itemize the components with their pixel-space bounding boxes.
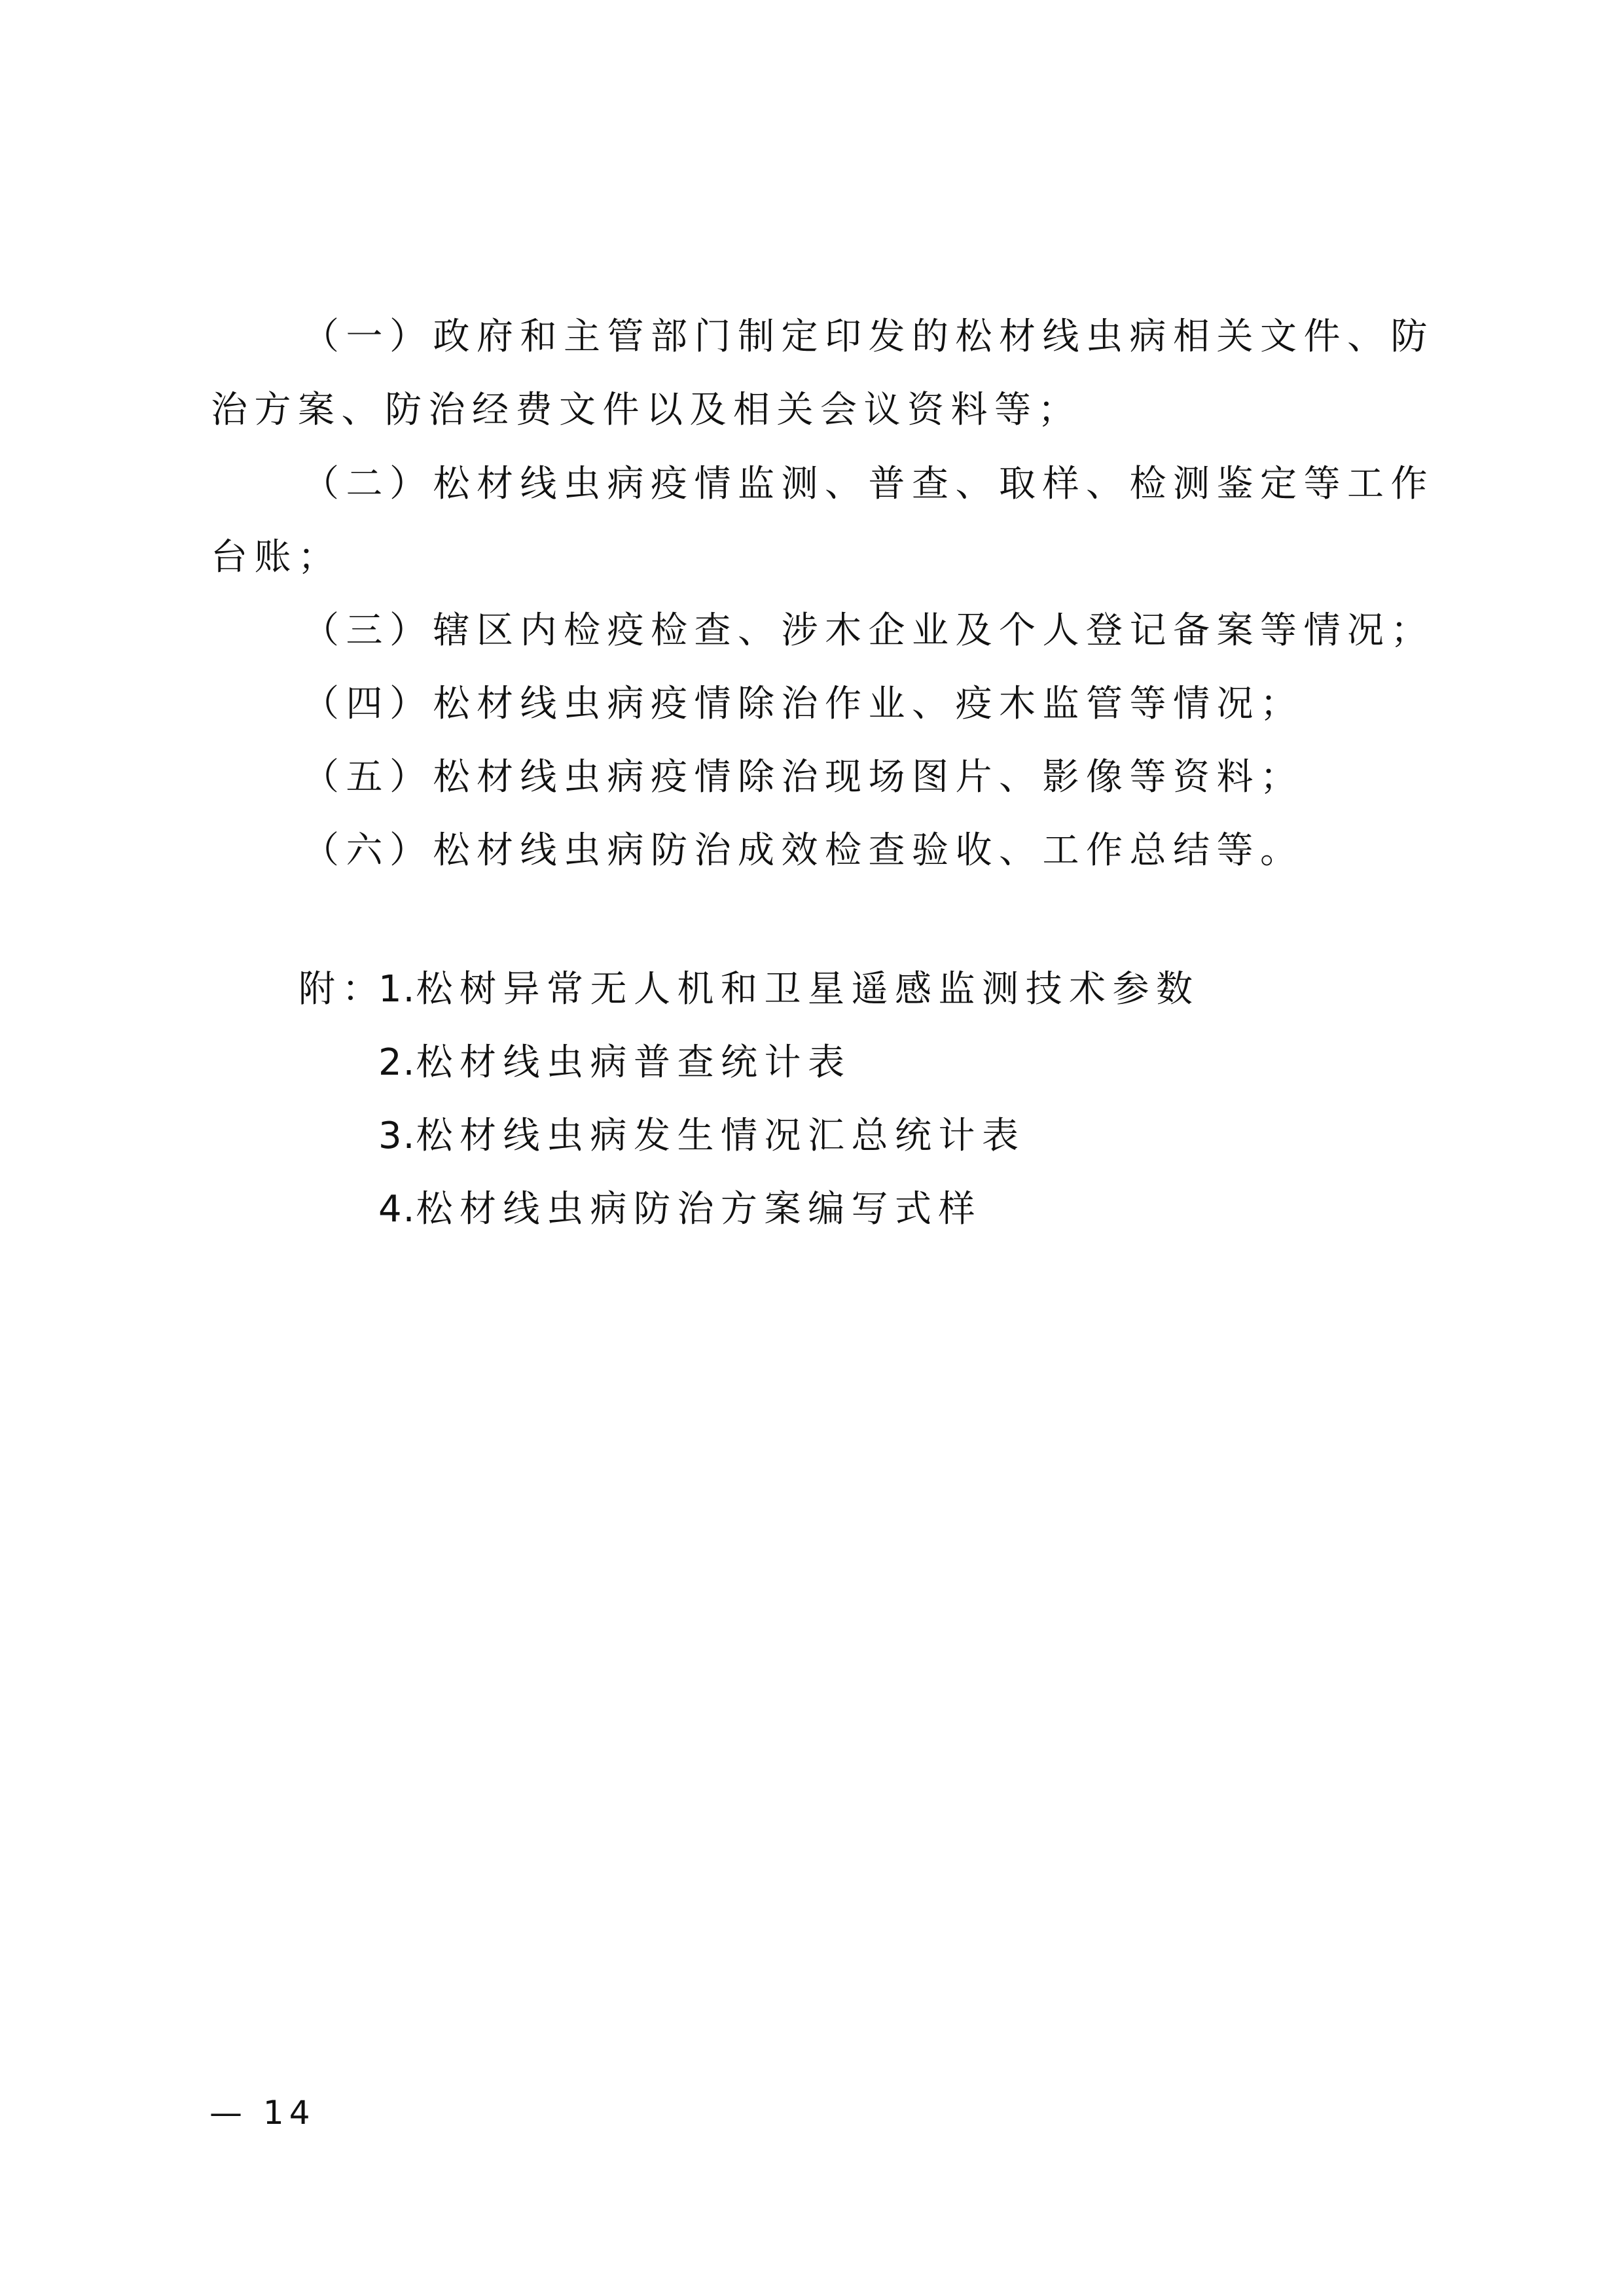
attachment-item-3: 3.松材线虫病发生情况汇总统计表 — [378, 1110, 1025, 1162]
attachment-number: 3. — [378, 1115, 416, 1157]
paragraph-1-line-1: （一）政府和主管部门制定印发的松材线虫病相关文件、防 — [302, 311, 1434, 363]
attachment-item-1: 1.松树异常无人机和卫星遥感监测技术参数 — [378, 963, 1199, 1016]
attachment-title: 松材线虫病普查统计表 — [416, 1041, 851, 1084]
attachment-title: 松材线虫病发生情况汇总统计表 — [416, 1115, 1025, 1157]
attachment-number: 2. — [378, 1041, 416, 1084]
attachment-item-4: 4.松材线虫病防治方案编写式样 — [378, 1183, 982, 1236]
paragraph-3: （三）辖区内检疫检查、涉木企业及个人登记备案等情况； — [302, 605, 1434, 657]
paragraph-2-line-2: 台账； — [211, 531, 342, 584]
attachments-label: 附： — [298, 963, 386, 1016]
paragraph-2-line-1: （二）松材线虫病疫情监测、普查、取样、检测鉴定等工作 — [302, 458, 1434, 511]
attachment-number: 4. — [378, 1188, 416, 1230]
attachment-title: 松树异常无人机和卫星遥感监测技术参数 — [416, 968, 1199, 1011]
paragraph-1-line-2: 治方案、防治经费文件以及相关会议资料等； — [211, 384, 1081, 437]
paragraph-5: （五）松材线虫病疫情除治现场图片、影像等资料； — [302, 751, 1304, 804]
attachment-title: 松材线虫病防治方案编写式样 — [416, 1188, 982, 1230]
paragraph-4: （四）松材线虫病疫情除治作业、疫木监管等情况； — [302, 678, 1304, 730]
paragraph-6: （六）松材线虫病防治成效检查验收、工作总结等。 — [302, 825, 1304, 877]
attachment-number: 1. — [378, 968, 416, 1011]
page-number: — 14 — [209, 2093, 316, 2132]
attachment-item-2: 2.松材线虫病普查统计表 — [378, 1037, 851, 1089]
